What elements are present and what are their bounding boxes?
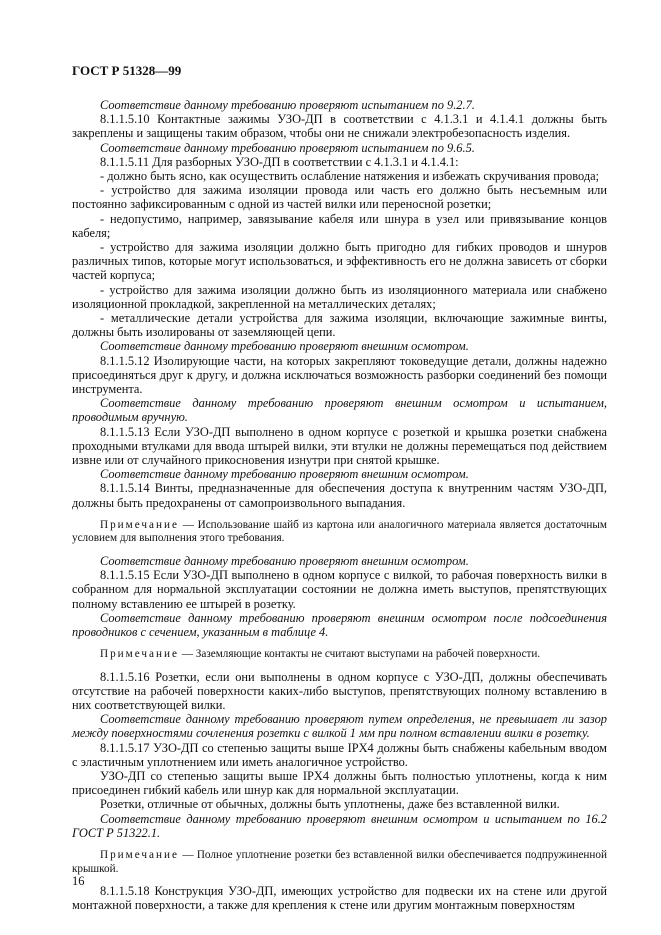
clause-paragraph: 8.1.1.5.10 Контактные зажимы УЗО-ДП в со… <box>72 112 607 140</box>
list-item: - устройство для зажима изоляции должно … <box>72 240 607 283</box>
clause-paragraph: 8.1.1.5.18 Конструкция УЗО-ДП, имеющих у… <box>72 884 607 912</box>
clause-paragraph: 8.1.1.5.11 Для разборных УЗО-ДП в соотве… <box>72 155 607 169</box>
document-body: Соответствие данному требованию проверяю… <box>72 98 607 912</box>
compliance-check-text: Соответствие данному требованию проверяю… <box>72 712 607 740</box>
note-paragraph: Примечание — Полное уплотнение розетки б… <box>72 849 607 876</box>
list-item: - недопустимо, например, завязывание каб… <box>72 212 607 240</box>
clause-paragraph: 8.1.1.5.16 Розетки, если они выполнены в… <box>72 670 607 713</box>
note-label: Примечание <box>100 648 179 660</box>
compliance-check-text: Соответствие данному требованию проверяю… <box>72 812 607 840</box>
compliance-check-text: Соответствие данному требованию проверяю… <box>72 396 607 424</box>
compliance-check-text: Соответствие данному требованию проверяю… <box>72 98 607 112</box>
clause-paragraph: 8.1.1.5.14 Винты, предназначенные для об… <box>72 481 607 509</box>
compliance-check-text: Соответствие данному требованию проверяю… <box>72 611 607 639</box>
compliance-check-text: Соответствие данному требованию проверяю… <box>72 339 607 353</box>
list-item: - устройство для зажима изоляции провода… <box>72 183 607 211</box>
compliance-check-text: Соответствие данному требованию проверяю… <box>72 467 607 481</box>
list-item: - должно быть ясно, как осуществить осла… <box>72 169 607 183</box>
compliance-check-text: Соответствие данному требованию проверяю… <box>72 141 607 155</box>
compliance-check-text: Соответствие данному требованию проверяю… <box>72 554 607 568</box>
clause-paragraph: 8.1.1.5.12 Изолирующие части, на которых… <box>72 354 607 397</box>
note-text: — Заземляющие контакты не считают выступ… <box>179 648 540 660</box>
note-paragraph: Примечание — Заземляющие контакты не счи… <box>72 648 607 662</box>
note-label: Примечание <box>100 849 179 861</box>
list-item: - металлические детали устройства для за… <box>72 311 607 339</box>
list-item: - устройство для зажима изоляции должно … <box>72 283 607 311</box>
clause-paragraph: УЗО-ДП со степенью защиты выше IPX4 долж… <box>72 769 607 797</box>
clause-paragraph: 8.1.1.5.13 Если УЗО-ДП выполнено в одном… <box>72 425 607 468</box>
note-label: Примечание <box>100 519 179 531</box>
clause-paragraph: 8.1.1.5.17 УЗО-ДП со степенью защиты выш… <box>72 741 607 769</box>
clause-paragraph: Розетки, отличные от обычных, должны быт… <box>72 797 607 811</box>
clause-paragraph: 8.1.1.5.15 Если УЗО-ДП выполнено в одном… <box>72 568 607 611</box>
page-number: 16 <box>72 874 85 888</box>
note-paragraph: Примечание — Использование шайб из карто… <box>72 519 607 546</box>
document-header: ГОСТ Р 51328—99 <box>72 64 181 78</box>
